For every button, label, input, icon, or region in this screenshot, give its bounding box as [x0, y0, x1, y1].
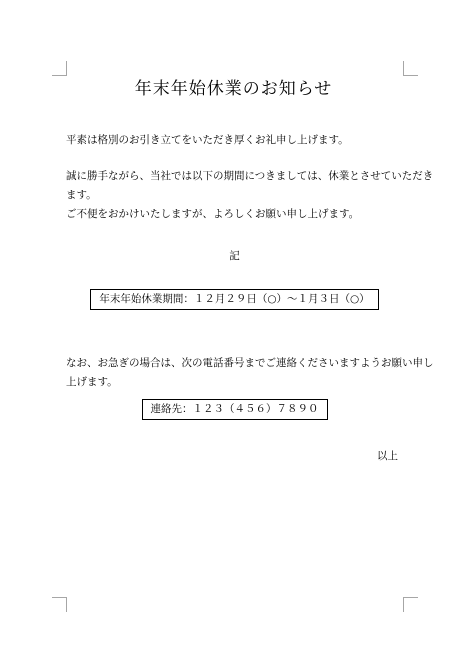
holiday-period-box-row: 年末年始休業期間：１２月２９日（○）～１月３日（○）	[66, 289, 403, 310]
apology-paragraph: ご不便をおかけいたしますが、よろしくお願い申し上げます。	[66, 205, 406, 224]
margin-crop-mark-top-left	[52, 61, 67, 76]
record-marker: 記	[66, 249, 403, 263]
contact-box: 連絡先：１２３（４５６）７８９０	[142, 399, 328, 420]
document-title: 年末年始休業のお知らせ	[0, 79, 467, 99]
contact-note-line-1: なお、お急ぎの場合は、次の電話番号までご連絡くださいますようお願い申し	[66, 354, 406, 373]
margin-crop-mark-bottom-left	[52, 597, 67, 612]
document-page: 年末年始休業のお知らせ 平素は格別のお引き立てをいただき厚くお礼申し上げます。 …	[0, 0, 467, 660]
contact-note-paragraph: なお、お急ぎの場合は、次の電話番号までご連絡くださいますようお願い申し 上げます…	[66, 354, 406, 392]
greeting-paragraph: 平素は格別のお引き立てをいただき厚くお礼申し上げます。	[66, 131, 406, 150]
contact-box-row: 連絡先：１２３（４５６）７８９０	[66, 399, 403, 420]
closure-notice-paragraph: 誠に勝手ながら、当社では以下の期間につきましては、休業とさせていただき ます。	[66, 167, 406, 205]
holiday-period-box: 年末年始休業期間：１２月２９日（○）～１月３日（○）	[90, 289, 378, 310]
contact-note-line-2: 上げます。	[66, 373, 406, 392]
closure-notice-line-1: 誠に勝手ながら、当社では以下の期間につきましては、休業とさせていただき	[66, 167, 406, 186]
closing-marker: 以上	[66, 449, 398, 463]
closure-notice-line-2: ます。	[66, 186, 406, 205]
margin-crop-mark-top-right	[403, 61, 418, 76]
margin-crop-mark-bottom-right	[403, 597, 418, 612]
